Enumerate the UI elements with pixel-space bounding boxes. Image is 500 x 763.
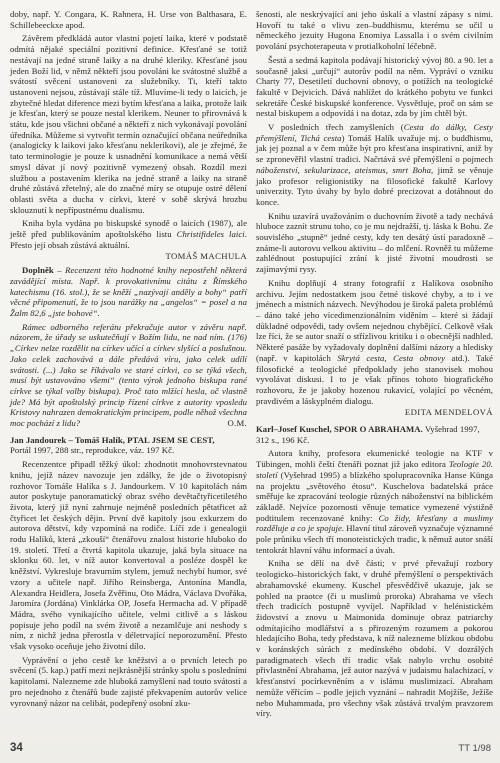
initials-signature: O.M.	[215, 418, 247, 429]
two-column-text: doby, např. Y. Congara, K. Rahnera, H. U…	[0, 0, 500, 723]
chapter-titles-italic: Skrytá cesta, Cesta obnovy	[337, 353, 445, 363]
right-column: šenosti, ale neskrývající ani jeho úskal…	[256, 9, 493, 723]
text-segment: Knihu doplňují 4 strany fotografií z Hal…	[256, 278, 493, 363]
paragraph: V posledních třech zamyšleních (Cesta do…	[256, 122, 493, 208]
review-heading: Jan Jandourek – Tomáš Halík, PTAL JSEM S…	[10, 435, 247, 456]
reviewer-signature: TOMÁŠ MACHULA	[10, 251, 247, 262]
text-segment: V posledních třech zamyšleních (	[268, 122, 404, 132]
terms-italic: náboženství, sekularizace, ateismus, smr…	[256, 165, 431, 175]
review-heading: Karl–Josef Kuschel, SPOR O ABRAHAMA. Vyš…	[256, 424, 493, 445]
text-segment: Rámec odborného referátu překračuje auto…	[10, 322, 247, 428]
paragraph: Kniha se dělí na dvě části; v prvé převa…	[256, 558, 493, 719]
paragraph-continuation: doby, např. Y. Congara, K. Rahnera, H. U…	[10, 9, 247, 30]
review-heading-title: Jan Jandourek – Tomáš Halík, PTAL JSEM S…	[10, 435, 247, 446]
paragraph: Kniha byla vydána po biskupské synodě o …	[10, 218, 247, 250]
paragraph: Závěrem předkládá autor vlastní pojetí l…	[10, 33, 247, 215]
paragraph: Recenzentce připadl těžký úkol: zhodnoti…	[10, 459, 247, 652]
addendum-paragraph: Doplněk – Recenzent této hodnotné knihy …	[10, 265, 247, 319]
addendum-paragraph: Rámec odborného referátu překračuje auto…	[10, 322, 247, 429]
review-heading-title: Karl–Josef Kuschel, SPOR O ABRAHAMA.	[256, 424, 423, 434]
page-number: 34	[10, 742, 23, 754]
scanned-journal-page: doby, např. Y. Congara, K. Rahnera, H. U…	[0, 0, 500, 763]
paragraph-continuation: šenosti, ale neskrývající ani jeho úskal…	[256, 9, 493, 52]
paragraph: Knihu doplňují 4 strany fotografií z Hal…	[256, 278, 493, 406]
journal-issue-label: TT 1/98	[458, 743, 491, 754]
left-column: doby, např. Y. Congara, K. Rahnera, H. U…	[10, 9, 247, 723]
paragraph: Knihu uzavírá uvažováním o duchovním živ…	[256, 211, 493, 275]
reviewer-signature: EDITA MENDELOVÁ	[256, 407, 493, 418]
paragraph: Šestá a sedmá kapitola podávají historic…	[256, 55, 493, 119]
review-heading-publisher: Portál 1997, 288 str., reprodukce, váz. …	[10, 445, 247, 456]
paragraph: Vyprávění o jeho cestě ke kněžství a o p…	[10, 655, 247, 709]
addendum-lead: Doplněk	[22, 265, 54, 275]
paragraph: Autora knihy, profesora ekumenické teolo…	[256, 448, 493, 555]
page-footer: 34 TT 1/98	[10, 742, 491, 754]
book-title-italic: Christifideles laici	[177, 229, 245, 239]
